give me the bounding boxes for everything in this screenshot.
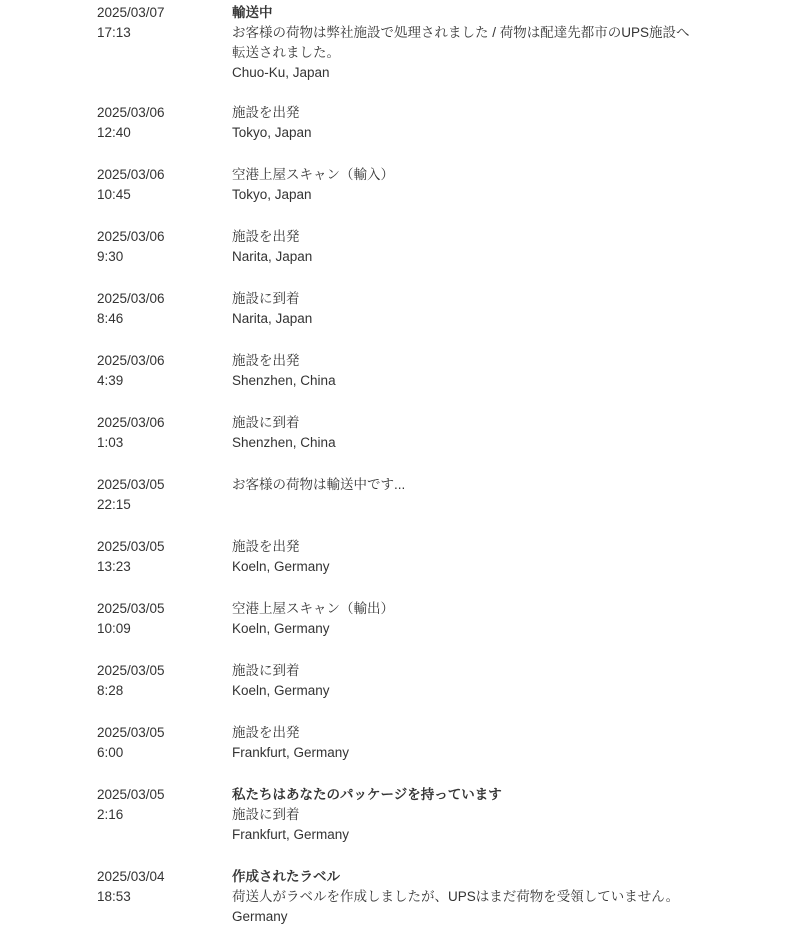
event-time: 12:40 xyxy=(97,123,217,143)
event-datetime: 2025/03/05 2:16 xyxy=(97,785,217,825)
event-info: 私たちはあなたのパッケージを持っています 施設に到着 Frankfurt, Ge… xyxy=(232,785,702,845)
event-datetime: 2025/03/06 1:03 xyxy=(97,413,217,453)
event-location: Chuo-Ku, Japan xyxy=(232,63,702,83)
event-datetime: 2025/03/06 4:39 xyxy=(97,351,217,391)
event-status: 輸送中 xyxy=(232,3,702,23)
event-datetime: 2025/03/05 8:28 xyxy=(97,661,217,701)
event-date: 2025/03/05 xyxy=(97,599,217,619)
event-time: 8:28 xyxy=(97,681,217,701)
event-datetime: 2025/03/05 22:15 xyxy=(97,475,217,515)
event-date: 2025/03/05 xyxy=(97,661,217,681)
event-time: 10:45 xyxy=(97,185,217,205)
event-datetime: 2025/03/04 18:53 xyxy=(97,867,217,907)
event-datetime: 2025/03/06 9:30 xyxy=(97,227,217,267)
event-info: 作成されたラベル 荷送人がラベルを作成しましたが、UPSはまだ荷物を受領していま… xyxy=(232,867,702,927)
event-location: Koeln, Germany xyxy=(232,619,702,639)
event-description: 空港上屋スキャン（輸出） xyxy=(232,599,702,619)
event-datetime: 2025/03/07 17:13 xyxy=(97,3,217,43)
event-date: 2025/03/05 xyxy=(97,723,217,743)
event-date: 2025/03/06 xyxy=(97,103,217,123)
event-location: Shenzhen, China xyxy=(232,371,702,391)
event-status: 私たちはあなたのパッケージを持っています xyxy=(232,785,702,805)
event-location: Koeln, Germany xyxy=(232,681,702,701)
event-date: 2025/03/06 xyxy=(97,289,217,309)
event-time: 1:03 xyxy=(97,433,217,453)
event-date: 2025/03/06 xyxy=(97,227,217,247)
event-info: 施設を出発 Shenzhen, China xyxy=(232,351,702,391)
event-info: 施設を出発 Frankfurt, Germany xyxy=(232,723,702,763)
event-info: お客様の荷物は輸送中です... xyxy=(232,475,702,495)
event-info: 施設に到着 Koeln, Germany xyxy=(232,661,702,701)
event-info: 輸送中 お客様の荷物は弊社施設で処理されました / 荷物は配達先都市のUPS施設… xyxy=(232,3,702,83)
event-info: 施設に到着 Narita, Japan xyxy=(232,289,702,329)
event-time: 18:53 xyxy=(97,887,217,907)
event-time: 9:30 xyxy=(97,247,217,267)
event-status: 作成されたラベル xyxy=(232,867,702,887)
event-time: 6:00 xyxy=(97,743,217,763)
event-time: 8:46 xyxy=(97,309,217,329)
shipment-progress-timeline: 2025/03/07 17:13 輸送中 お客様の荷物は弊社施設で処理されました… xyxy=(0,0,799,3)
event-location: Shenzhen, China xyxy=(232,433,702,453)
event-description: 施設を出発 xyxy=(232,227,702,247)
event-info: 施設を出発 Koeln, Germany xyxy=(232,537,702,577)
event-description: 施設に到着 xyxy=(232,661,702,681)
event-description: 施設に到着 xyxy=(232,413,702,433)
event-info: 施設を出発 Narita, Japan xyxy=(232,227,702,267)
event-info: 空港上屋スキャン（輸入） Tokyo, Japan xyxy=(232,165,702,205)
event-location: Frankfurt, Germany xyxy=(232,825,702,845)
event-info: 施設に到着 Shenzhen, China xyxy=(232,413,702,453)
event-time: 10:09 xyxy=(97,619,217,639)
event-location: Tokyo, Japan xyxy=(232,123,702,143)
event-date: 2025/03/07 xyxy=(97,3,217,23)
event-description: 施設を出発 xyxy=(232,351,702,371)
event-location: Germany xyxy=(232,907,702,927)
event-datetime: 2025/03/06 10:45 xyxy=(97,165,217,205)
event-datetime: 2025/03/06 8:46 xyxy=(97,289,217,329)
event-datetime: 2025/03/05 13:23 xyxy=(97,537,217,577)
event-info: 施設を出発 Tokyo, Japan xyxy=(232,103,702,143)
event-time: 4:39 xyxy=(97,371,217,391)
event-date: 2025/03/06 xyxy=(97,413,217,433)
event-location: Narita, Japan xyxy=(232,247,702,267)
event-description: 荷送人がラベルを作成しましたが、UPSはまだ荷物を受領していません。 xyxy=(232,887,702,907)
event-description: お客様の荷物は輸送中です... xyxy=(232,475,702,495)
event-location: Koeln, Germany xyxy=(232,557,702,577)
event-datetime: 2025/03/05 6:00 xyxy=(97,723,217,763)
event-time: 22:15 xyxy=(97,495,217,515)
event-date: 2025/03/06 xyxy=(97,351,217,371)
event-description: 施設を出発 xyxy=(232,103,702,123)
event-location: Narita, Japan xyxy=(232,309,702,329)
event-date: 2025/03/05 xyxy=(97,537,217,557)
event-time: 13:23 xyxy=(97,557,217,577)
event-info: 空港上屋スキャン（輸出） Koeln, Germany xyxy=(232,599,702,639)
event-description: 施設に到着 xyxy=(232,805,702,825)
event-datetime: 2025/03/06 12:40 xyxy=(97,103,217,143)
event-description: お客様の荷物は弊社施設で処理されました / 荷物は配達先都市のUPS施設へ転送さ… xyxy=(232,23,702,63)
event-location: Tokyo, Japan xyxy=(232,185,702,205)
event-time: 2:16 xyxy=(97,805,217,825)
event-description: 空港上屋スキャン（輸入） xyxy=(232,165,702,185)
event-date: 2025/03/05 xyxy=(97,785,217,805)
event-location: Frankfurt, Germany xyxy=(232,743,702,763)
event-date: 2025/03/06 xyxy=(97,165,217,185)
event-time: 17:13 xyxy=(97,23,217,43)
event-datetime: 2025/03/05 10:09 xyxy=(97,599,217,639)
event-description: 施設に到着 xyxy=(232,289,702,309)
event-description: 施設を出発 xyxy=(232,537,702,557)
event-date: 2025/03/04 xyxy=(97,867,217,887)
event-description: 施設を出発 xyxy=(232,723,702,743)
event-date: 2025/03/05 xyxy=(97,475,217,495)
